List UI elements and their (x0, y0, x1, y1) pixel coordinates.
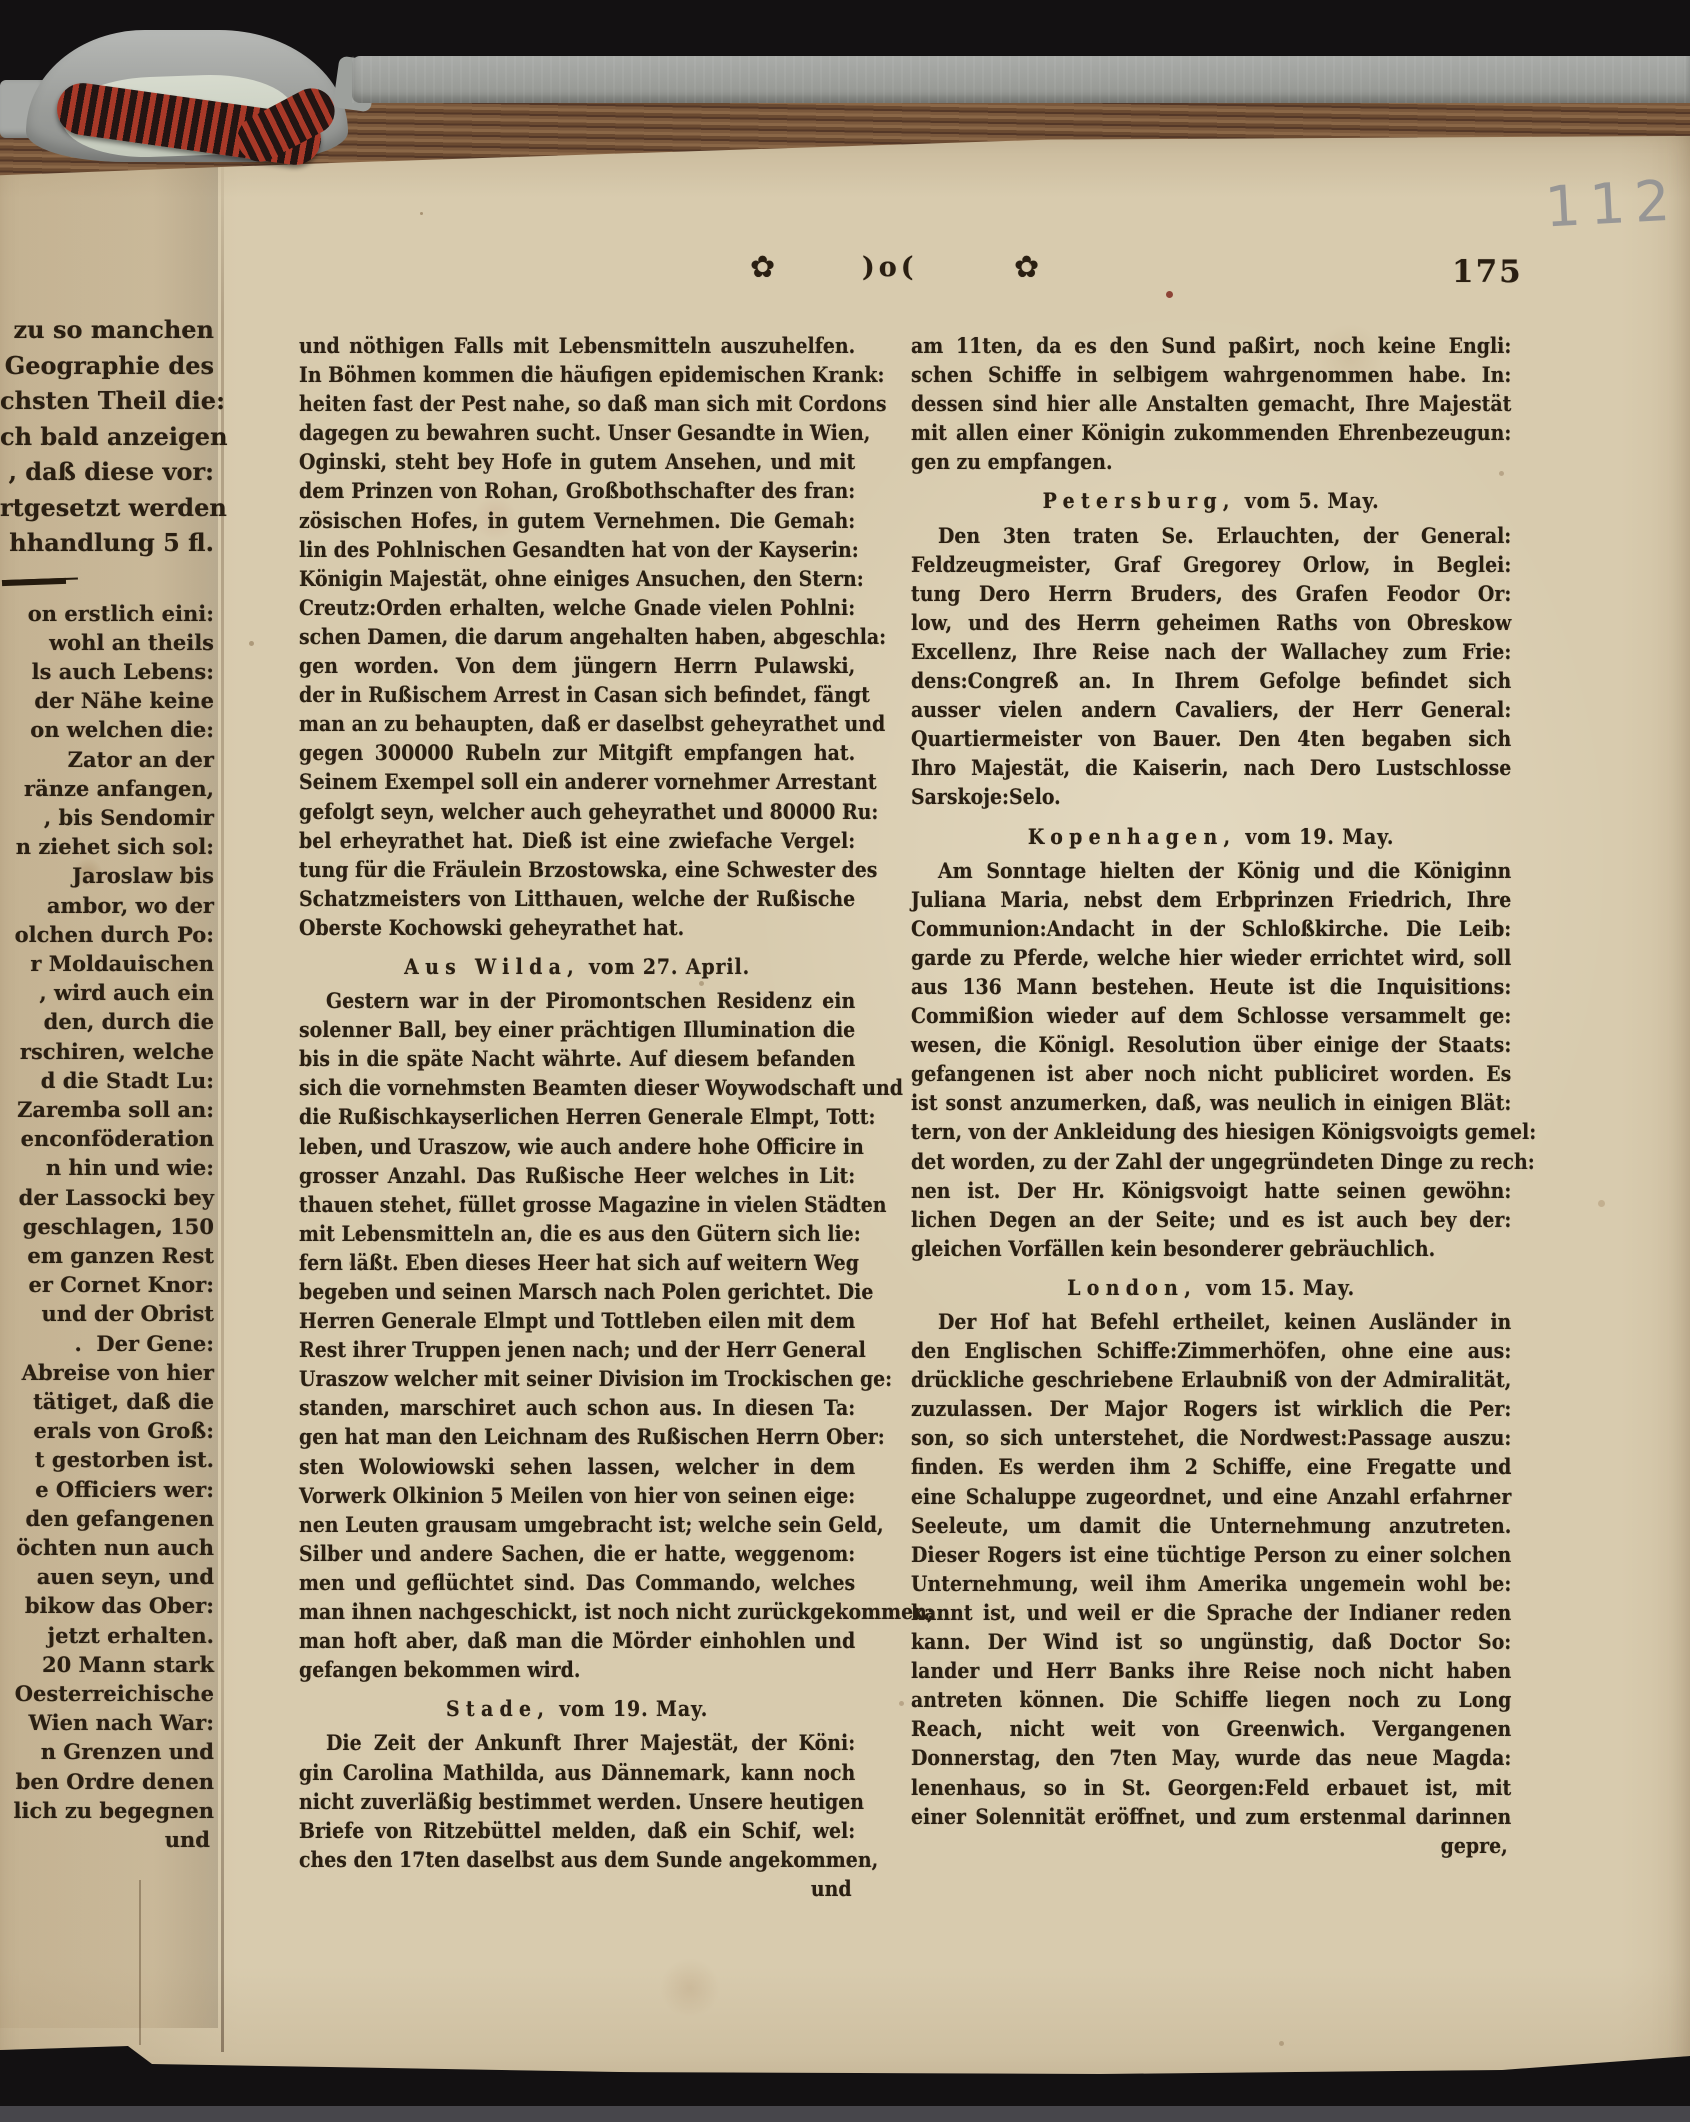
pencil-annotation: 112 (1543, 169, 1680, 241)
left-page-text-line: ch bald anzeigen (0, 419, 214, 455)
left-page-text-line: ls auch Lebens: (0, 657, 214, 686)
text-line: gleichen Vorfällen kein besonderer gebrä… (911, 1234, 1511, 1263)
left-fragment-block-2: on erstlich eini:wohl an theilsls auch L… (0, 599, 214, 1826)
left-page-text-line: der Nähe keine (0, 686, 214, 715)
text-line: gefolgt seyn, welcher auch geheyrathet u… (299, 797, 855, 826)
text-line: Königin Majestät, ohne einiges Ansuchen,… (299, 564, 855, 593)
dateline-place: London, (1067, 1275, 1197, 1300)
text-line: aus 136 Mann bestehen. Heute ist die Inq… (911, 972, 1511, 1001)
text-line: dem Prinzen von Rohan, Großbothschafter … (299, 476, 855, 505)
text-line: Donnerstag, den 7ten May, wurde das neue… (911, 1743, 1511, 1772)
left-page-text-line: öchten nun auch (0, 1533, 214, 1562)
text-line: Ihro Majestät, die Kaiserin, nach Dero L… (911, 753, 1511, 782)
dateline-place: Stade, (446, 1696, 550, 1721)
text-line: standen, marschiret auch schon aus. In d… (299, 1393, 855, 1422)
section-divider-rule (2, 577, 66, 585)
left-page-text-line: hhandlung 5 fl. (0, 525, 214, 561)
dateline-date: vom 15. May. (1206, 1275, 1355, 1300)
text-line: Seeleute, um damit die Unternehmung anzu… (911, 1511, 1511, 1540)
left-page-text-line: rtgesetzt werden (0, 490, 214, 526)
left-page-text-line: ambor, wo der (0, 891, 214, 920)
dateline-date: vom 5. May. (1245, 488, 1380, 513)
left-page-text-line: auen seyn, und (0, 1562, 214, 1591)
text-line: Excellenz, Ihre Reise nach der Wallachey… (911, 637, 1511, 666)
text-line: Am Sonntage hielten der König und die Kö… (911, 856, 1511, 885)
text-line: Den 3ten traten Se. Erlauchten, der Gene… (911, 521, 1511, 550)
left-page-text-line: tätiget, daß die (0, 1387, 214, 1416)
left-page-text-line: chsten Theil die: (0, 383, 214, 419)
gutter-crease (221, 132, 224, 2052)
text-line: det worden, zu der Zahl der ungegründete… (911, 1147, 1511, 1176)
text-line: Vorwerk Olkinion 5 Meilen von hier von s… (299, 1481, 855, 1510)
left-page-text-line: 20 Mann stark (0, 1650, 214, 1679)
dateline-place: Aus Wilda, (404, 954, 580, 979)
text-line: Gestern war in der Piromontschen Residen… (299, 986, 855, 1015)
text-line: und nöthigen Falls mit Lebensmitteln aus… (299, 331, 855, 360)
text-line: ist sonst anzumerken, daß, was neulich i… (911, 1088, 1511, 1117)
text-line: Oberste Kochowski geheyrathet hat. (299, 913, 855, 942)
text-column-1: und nöthigen Falls mit Lebensmitteln aus… (299, 331, 855, 1903)
text-line: gen worden. Von dem jüngern Herrn Pulaws… (299, 651, 855, 680)
text-line: tern, von der Ankleidung des hiesigen Kö… (911, 1117, 1511, 1146)
text-line: man hoft aber, daß man die Mörder einhoh… (299, 1626, 855, 1655)
fleuron-icon: ✿ (1014, 250, 1039, 285)
left-page-text-line: wohl an theils (0, 628, 214, 657)
text-line: sten Wolowiowski sehen lassen, welcher i… (299, 1452, 855, 1481)
text-line: gefangenen ist aber noch nicht publicire… (911, 1059, 1511, 1088)
left-page-text-line: erals von Groß: (0, 1416, 214, 1445)
text-line: thauen stehet, füllet grosse Magazine in… (299, 1190, 855, 1219)
text-line: Herren Generale Elmpt und Tottleben eile… (299, 1306, 855, 1335)
text-line: son, so sich unterstehet, die Nordwest:P… (911, 1423, 1511, 1452)
left-page-text-line: Abreise von hier (0, 1358, 214, 1387)
left-page-text-line: , daß diese vor: (0, 454, 214, 490)
text-line: tung für die Fräulein Brzostowska, eine … (299, 855, 855, 884)
text-line: begeben und seinen Marsch nach Polen ger… (299, 1277, 855, 1306)
catchword: und (0, 1825, 214, 1854)
left-page-text-line: d die Stadt Lu: (0, 1066, 214, 1095)
text-line: dens:Congreß an. In Ihrem Gefolge befind… (911, 666, 1511, 695)
text-line: kannt ist, und weil er die Sprache der I… (911, 1598, 1511, 1627)
left-page-text-line: rschiren, welche (0, 1037, 214, 1066)
catchword: gepre, (911, 1831, 1511, 1860)
text-line: Communion:Andacht in der Schloßkirche. D… (911, 914, 1511, 943)
left-fragment-block-1: zu so manchenGeographie deschsten Theil … (0, 312, 214, 561)
left-page-text-line: olchen durch Po: (0, 920, 214, 949)
left-page-text-line: Jaroslaw bis (0, 861, 214, 890)
left-page-fragment: zu so manchenGeographie deschsten Theil … (0, 312, 214, 1854)
text-line: Rest ihrer Truppen jenen nach; und der H… (299, 1335, 855, 1364)
text-line: lander und Herr Banks ihre Reise noch ni… (911, 1656, 1511, 1685)
text-line: Commißion wieder auf dem Schlosse versam… (911, 1001, 1511, 1030)
text-line: Oginski, steht bey Hofe in gutem Ansehen… (299, 447, 855, 476)
left-page-text-line: enconföderation (0, 1124, 214, 1153)
text-line: zuzulassen. Der Major Rogers ist wirklic… (911, 1394, 1511, 1423)
left-page-text-line: Oesterreichische (0, 1679, 214, 1708)
left-page-text-line: den, durch die (0, 1007, 214, 1036)
left-page-text-line: n hin und wie: (0, 1153, 214, 1182)
text-line: solenner Ball, bey einer prächtigen Illu… (299, 1015, 855, 1044)
dateline-date: vom 27. April. (589, 954, 750, 979)
text-line: sich die vornehmsten Beamten dieser Woyw… (299, 1073, 855, 1102)
text-line: schen Damen, die darum angehalten haben,… (299, 622, 855, 651)
text-line: Creutz:Orden erhalten, welche Gnade viel… (299, 593, 855, 622)
text-line: Schatzmeisters von Litthauen, welche der… (299, 884, 855, 913)
text-line: lichen Degen an der Seite; und es ist au… (911, 1205, 1511, 1234)
text-line: einer Solennität eröffnet, und zum erste… (911, 1802, 1511, 1831)
left-page-text-line: n ziehet sich sol: (0, 832, 214, 861)
text-line: nen Leuten grausam umgebracht ist; welch… (299, 1510, 855, 1539)
bottom-crease (139, 1880, 141, 2045)
dateline-heading: Aus Wilda,vom 27. April. (299, 952, 855, 981)
text-line: antreten können. Die Schiffe liegen noch… (911, 1685, 1511, 1714)
left-page-text-line: geschlagen, 150 (0, 1212, 214, 1241)
text-line: Feldzeugmeister, Graf Gregorey Orlow, in… (911, 550, 1511, 579)
text-line: lenenhaus, so in St. Georgen:Feld erbaue… (911, 1773, 1511, 1802)
text-line: Uraszow welcher mit seiner Division im T… (299, 1364, 855, 1393)
left-page-text-line: ränze anfangen, (0, 774, 214, 803)
left-page-text-line: der Lassocki bey (0, 1183, 214, 1212)
book-scan: ✿ )o( ✿ 175 112 zu so manchenGeographie … (0, 0, 1690, 2122)
text-line: nicht zuverläßig bestimmet werden. Unser… (299, 1787, 855, 1816)
text-line: bel erheyrathet hat. Dieß ist eine zwief… (299, 826, 855, 855)
left-page-text-line: und der Obrist (0, 1299, 214, 1328)
text-line: am 11ten, da es den Sund paßirt, noch ke… (911, 331, 1511, 360)
text-line: Seinem Exempel soll ein anderer vornehme… (299, 767, 855, 796)
left-page-text-line: Wien nach War: (0, 1708, 214, 1737)
paper-speckles (420, 212, 423, 215)
text-line: der in Rußischem Arrest in Casan sich be… (299, 680, 855, 709)
text-line: heiten fast der Pest nahe, so daß man si… (299, 389, 855, 418)
text-line: Unternehmung, weil ihm Amerika ungemein … (911, 1569, 1511, 1598)
left-page-text-line: . Der Gene: (0, 1329, 214, 1358)
scanner-bed-strip (0, 2106, 1690, 2122)
text-line: mit allen einer Königin zukommenden Ehre… (911, 418, 1511, 447)
text-line: gen hat man den Leichnam des Rußischen H… (299, 1422, 855, 1451)
ink-stain-dot (1166, 291, 1173, 298)
left-page-text-line: lich zu begegnen (0, 1796, 214, 1825)
text-line: Die Zeit der Ankunft Ihrer Majestät, der… (299, 1728, 855, 1757)
text-line: Juliana Maria, nebst dem Erbprinzen Frie… (911, 885, 1511, 914)
left-page-text-line: Zaremba soll an: (0, 1095, 214, 1124)
text-line: man ihnen nachgeschickt, ist noch nicht … (299, 1597, 855, 1626)
text-line: gefangen bekommen wird. (299, 1655, 855, 1684)
text-line: ches den 17ten daselbst aus dem Sunde an… (299, 1845, 855, 1874)
text-line: low, und des Herrn geheimen Raths von Ob… (911, 608, 1511, 637)
text-line: men und geflüchtet sind. Das Commando, w… (299, 1568, 855, 1597)
text-line: nen ist. Der Hr. Königsvoigt hatte seine… (911, 1176, 1511, 1205)
book-cover-top-edge (352, 56, 1690, 103)
text-line: gegen 300000 Rubeln zur Mitgift empfange… (299, 738, 855, 767)
text-line: Dieser Rogers ist eine tüchtige Person z… (911, 1540, 1511, 1569)
text-line: man an zu behaupten, daß er daselbst geh… (299, 709, 855, 738)
text-line: schen Schiffe in selbigem wahrgenommen h… (911, 360, 1511, 389)
dateline-date: vom 19. May. (559, 1696, 708, 1721)
fleuron-icon: ✿ (750, 250, 775, 285)
text-line: zösischen Hofes, in gutem Vernehmen. Die… (299, 506, 855, 535)
text-line: eine Schaluppe zugeordnet, und eine Anza… (911, 1482, 1511, 1511)
text-line: lin des Pohlnischen Gesandten hat von de… (299, 535, 855, 564)
left-page-text-line: zu so manchen (0, 312, 214, 348)
left-page-text-line: e Officiers wer: (0, 1475, 214, 1504)
left-page-text-line: jetzt erhalten. (0, 1621, 214, 1650)
text-line: gin Carolina Mathilda, aus Dännemark, ka… (299, 1758, 855, 1787)
text-line: grosser Anzahl. Das Rußische Heer welche… (299, 1161, 855, 1190)
signature-mark: )o( (862, 252, 918, 283)
left-page-text-line: Geographie des (0, 348, 214, 384)
text-line: Silber und andere Sachen, die er hatte, … (299, 1539, 855, 1568)
text-line: ausser vielen andern Cavaliers, der Herr… (911, 695, 1511, 724)
text-line: fern läßt. Eben dieses Heer hat sich auf… (299, 1248, 855, 1277)
left-page-text-line: Zator an der (0, 745, 214, 774)
text-line: Reach, nicht weit von Greenwich. Vergang… (911, 1714, 1511, 1743)
left-page-text-line: bikow das Ober: (0, 1591, 214, 1620)
text-line: In Böhmen kommen die häufigen epidemisch… (299, 360, 855, 389)
dateline-date: vom 19. May. (1245, 824, 1394, 849)
text-line: bis in die späte Nacht währte. Auf diese… (299, 1044, 855, 1073)
left-page-text-line: den gefangenen (0, 1504, 214, 1533)
dateline-heading: Petersburg,vom 5. May. (911, 486, 1511, 515)
text-line: Sarskoje:Selo. (911, 782, 1511, 811)
text-line: Quartiermeister von Bauer. Den 4ten bega… (911, 724, 1511, 753)
text-line: Der Hof hat Befehl ertheilet, keinen Aus… (911, 1307, 1511, 1336)
dateline-heading: Stade,vom 19. May. (299, 1694, 855, 1723)
dateline-heading: Kopenhagen,vom 19. May. (911, 822, 1511, 851)
text-line: den Englischen Schiffe:Zimmerhöfen, ohne… (911, 1336, 1511, 1365)
text-line: die Rußischkayserlichen Herren Generale … (299, 1102, 855, 1131)
text-line: gen zu empfangen. (911, 447, 1511, 476)
text-line: mit Lebensmitteln an, die es aus den Güt… (299, 1219, 855, 1248)
text-line: drückliche geschriebene Erlaubniß von de… (911, 1365, 1511, 1394)
left-page-text-line: r Moldauischen (0, 949, 214, 978)
text-line: Briefe von Ritzebüttel melden, daß ein S… (299, 1816, 855, 1845)
left-page-text-line: on erstlich eini: (0, 599, 214, 628)
text-line: dagegen zu bewahren sucht. Unser Gesandt… (299, 418, 855, 447)
text-column-2: am 11ten, da es den Sund paßirt, noch ke… (911, 331, 1511, 1860)
left-page-text-line: n Grenzen und (0, 1737, 214, 1766)
text-line: wesen, die Königl. Resolution über einig… (911, 1030, 1511, 1059)
left-page-text-line: er Cornet Knor: (0, 1270, 214, 1299)
left-page-text-line: on welchen die: (0, 715, 214, 744)
dateline-place: Kopenhagen, (1028, 824, 1236, 849)
text-line: garde zu Pferde, welche hier wieder erri… (911, 943, 1511, 972)
catchword: und (299, 1874, 855, 1903)
dateline-heading: London,vom 15. May. (911, 1273, 1511, 1302)
text-line: tung Dero Herrn Bruders, des Grafen Feod… (911, 579, 1511, 608)
left-page-text-line: , bis Sendomir (0, 803, 214, 832)
text-line: leben, und Uraszow, wie auch andere hohe… (299, 1132, 855, 1161)
left-page-text-line: em ganzen Rest (0, 1241, 214, 1270)
dateline-place: Petersburg, (1043, 488, 1236, 513)
text-line: kann. Der Wind ist so ungünstig, daß Doc… (911, 1627, 1511, 1656)
text-line: dessen sind hier alle Anstalten gemacht,… (911, 389, 1511, 418)
page-number: 175 (1452, 254, 1523, 290)
left-page-text-line: t gestorben ist. (0, 1445, 214, 1474)
left-page-text-line: , wird auch ein (0, 978, 214, 1007)
left-page-text-line: ben Ordre denen (0, 1767, 214, 1796)
text-line: finden. Es werden ihm 2 Schiffe, eine Fr… (911, 1452, 1511, 1481)
